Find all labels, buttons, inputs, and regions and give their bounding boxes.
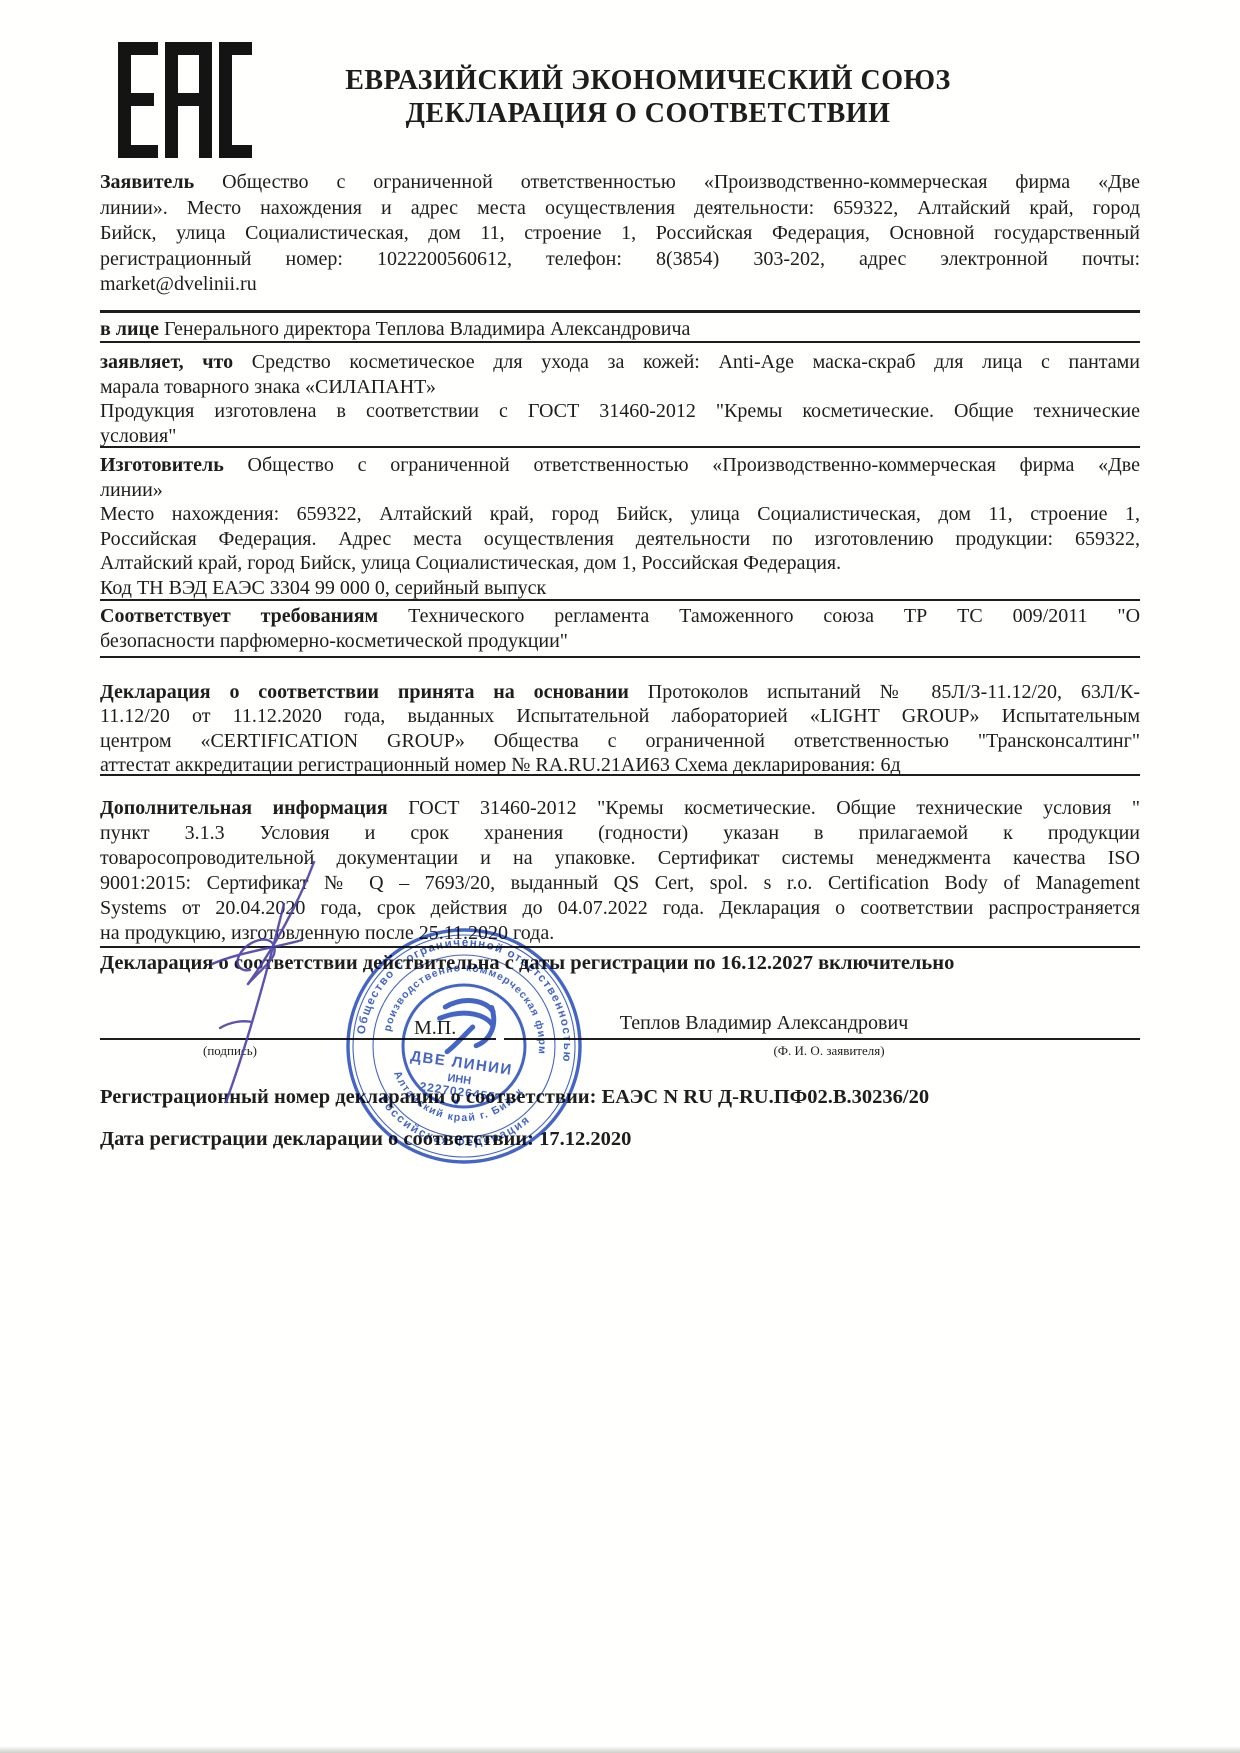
manufacturer-first-line: Изготовитель Общество с ограниченной отв… [100, 453, 1140, 478]
title-line-union: ЕВРАЗИЙСКИЙ ЭКОНОМИЧЕСКИЙ СОЮЗ [56, 64, 1240, 97]
text-line: 11.12/20 от 11.12.2020 года, выданных Ис… [100, 704, 1140, 728]
stamp-logo-icon [435, 997, 496, 1058]
registration-number-value: ЕАЭС N RU Д-RU.ПФ02.В.30236/20 [602, 1086, 930, 1108]
in-person-line: в лице Генерального директора Теплова Вл… [100, 317, 1140, 341]
declares-lines: марала товарного знака «СИЛАПАНТ» [100, 375, 1140, 400]
basis-label: Декларация о соответствии принята на осн… [100, 681, 629, 703]
basis-lines: 11.12/20 от 11.12.2020 года, выданных Ис… [100, 704, 1140, 777]
text-line: безопасности парфюмерно-косметической пр… [100, 629, 1140, 654]
declaration-document-page: ЕВРАЗИЙСКИЙ ЭКОНОМИЧЕСКИЙ СОЮЗ ДЕКЛАРАЦИ… [0, 0, 1240, 1753]
document-title: ЕВРАЗИЙСКИЙ ЭКОНОМИЧЕСКИЙ СОЮЗ ДЕКЛАРАЦИ… [56, 64, 1240, 130]
declares-section: заявляет, что Средство косметическое для… [100, 350, 1140, 448]
manufacturer-text: Общество с ограниченной ответственностью… [248, 454, 1140, 476]
text-line: регистрационный номер: 1022200560612, те… [100, 247, 1140, 273]
additional-text: ГОСТ 31460-2012 "Кремы косметические. Об… [408, 797, 1140, 819]
text-line: Бийск, улица Социалистическая, дом 11, с… [100, 221, 1140, 247]
applicant-label: Заявитель [100, 171, 194, 193]
text-line: линии». Место нахождения и адрес места о… [100, 196, 1140, 222]
declares-label: заявляет, что [100, 351, 233, 373]
manufacturer-section: Изготовитель Общество с ограниченной отв… [100, 453, 1140, 601]
text-line: Место нахождения: 659322, Алтайский край… [100, 502, 1140, 527]
manufacturer-lines: линии» [100, 478, 1140, 503]
text-line: market@dvelinii.ru [100, 272, 1140, 298]
declares-first-line: заявляет, что Средство косметическое для… [100, 350, 1140, 375]
basis-text: Протоколов испытаний № 85Л/З-11.12/20, 6… [648, 681, 1140, 703]
manufacturer-address-lines: Место нахождения: 659322, Алтайский край… [100, 502, 1140, 576]
text-line: пункт 3.1.3 Условия и срок хранения (год… [100, 821, 1140, 846]
in-person-text: Генерального директора Теплова Владимира… [164, 318, 690, 340]
additional-first-line: Дополнительная информация ГОСТ 31460-201… [100, 796, 1140, 821]
applicant-first-line: Заявитель Общество с ограниченной ответс… [100, 170, 1140, 196]
text-line: центром «CERTIFICATION GROUP» Общества с… [100, 729, 1140, 753]
complies-section: Соответствует требованиям Технического р… [100, 604, 1140, 658]
text-line: Продукция изготовлена в соответствии с Г… [100, 399, 1140, 424]
applicant-name-caption: (Ф. И. О. заявителя) [604, 1043, 1054, 1059]
additional-label: Дополнительная информация [100, 797, 388, 819]
in-person-label: в лице [100, 318, 159, 340]
complies-label: Соответствует требованиям [100, 605, 378, 627]
complies-text: Технического регламента Таможенного союз… [408, 605, 1140, 627]
complies-first-line: Соответствует требованиям Технического р… [100, 604, 1140, 629]
applicant-text: Общество с ограниченной ответственностью… [222, 171, 1140, 193]
basis-first-line: Декларация о соответствии принята на осн… [100, 680, 1140, 704]
text-line: Российская Федерация. Адрес места осущес… [100, 527, 1140, 552]
text-line: марала товарного знака «СИЛАПАНТ» [100, 375, 1140, 400]
manufacturer-label: Изготовитель [100, 454, 224, 476]
applicant-name-line [504, 1038, 1140, 1040]
text-line: условия" [100, 424, 1140, 449]
text-line: Алтайский край, город Бийск, улица Социа… [100, 551, 1140, 576]
basis-section: Декларация о соответствии принята на осн… [100, 680, 1140, 776]
applicant-section: Заявитель Общество с ограниченной ответс… [100, 170, 1140, 313]
complies-lines: безопасности парфюмерно-косметической пр… [100, 629, 1140, 654]
applicant-lines: линии». Место нахождения и адрес места о… [100, 196, 1140, 298]
title-line-declaration: ДЕКЛАРАЦИЯ О СООТВЕТСТВИИ [56, 97, 1240, 130]
company-stamp: Общество с ограниченной ответственностью… [342, 924, 586, 1168]
tnved-code-line: Код ТН ВЭД ЕАЭС 3304 99 000 0, серийный … [100, 576, 1140, 601]
handwritten-signature [190, 852, 330, 1110]
text-line: аттестат аккредитации регистрационный но… [100, 753, 1140, 777]
registration-date-line: Дата регистрации декларации о соответств… [100, 1128, 1140, 1151]
text-line: линии» [100, 478, 1140, 503]
declares-text: Средство косметическое для ухода за коже… [252, 351, 1140, 373]
in-person-section: в лице Генерального директора Теплова Вл… [100, 317, 1140, 343]
product-standard-lines: Продукция изготовлена в соответствии с Г… [100, 399, 1140, 448]
